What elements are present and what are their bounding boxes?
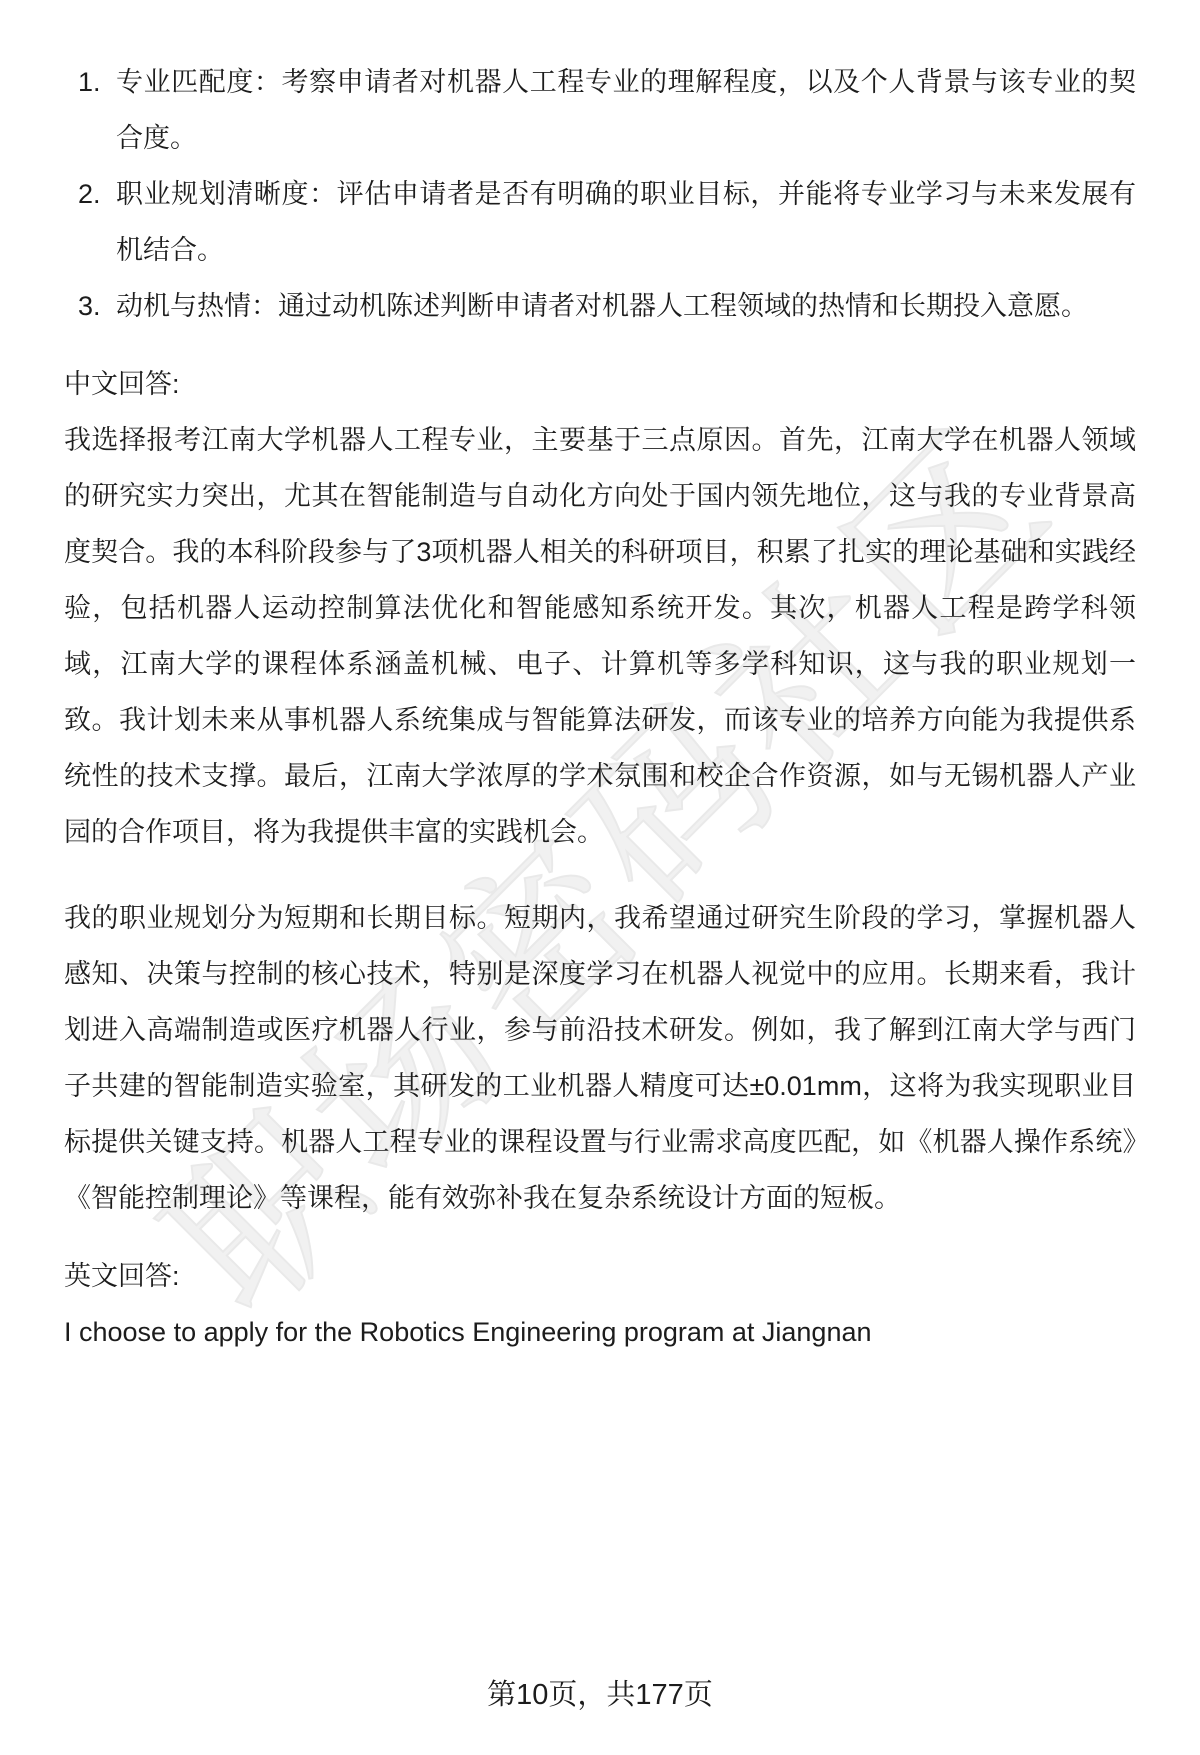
page-footer: 第10页，共177页 bbox=[0, 1672, 1200, 1713]
list-item-text: 职业规划清晰度：评估申请者是否有明确的职业目标，并能将专业学习与未来发展有机结合… bbox=[116, 166, 1136, 278]
page-number-indicator: 第10页，共177页 bbox=[487, 1679, 713, 1711]
chinese-answer-section: 中文回答: 我选择报考江南大学机器人工程专业，主要基于三点原因。首先，江南大学在… bbox=[64, 356, 1136, 1226]
chinese-answer-label: 中文回答: bbox=[64, 356, 1136, 412]
list-item-text: 专业匹配度：考察申请者对机器人工程专业的理解程度，以及个人背景与该专业的契合度。 bbox=[116, 54, 1136, 166]
list-item: 3. 动机与热情：通过动机陈述判断申请者对机器人工程领域的热情和长期投入意愿。 bbox=[78, 278, 1136, 334]
list-item: 1. 专业匹配度：考察申请者对机器人工程专业的理解程度，以及个人背景与该专业的契… bbox=[78, 54, 1136, 166]
list-item-number: 1. bbox=[78, 54, 116, 110]
chinese-answer-paragraph-1: 我选择报考江南大学机器人工程专业，主要基于三点原因。首先，江南大学在机器人领域的… bbox=[64, 412, 1136, 860]
list-item: 2. 职业规划清晰度：评估申请者是否有明确的职业目标，并能将专业学习与未来发展有… bbox=[78, 166, 1136, 278]
list-item-number: 3. bbox=[78, 278, 116, 334]
document-page: 职场密码社区 1. 专业匹配度：考察申请者对机器人工程专业的理解程度，以及个人背… bbox=[0, 0, 1200, 1755]
english-answer-label: 英文回答: bbox=[64, 1248, 1136, 1304]
chinese-answer-paragraph-2: 我的职业规划分为短期和长期目标。短期内，我希望通过研究生阶段的学习，掌握机器人感… bbox=[64, 890, 1136, 1226]
list-item-number: 2. bbox=[78, 166, 116, 222]
list-item-text: 动机与热情：通过动机陈述判断申请者对机器人工程领域的热情和长期投入意愿。 bbox=[116, 278, 1136, 334]
evaluation-criteria-list: 1. 专业匹配度：考察申请者对机器人工程专业的理解程度，以及个人背景与该专业的契… bbox=[78, 54, 1136, 334]
page-content: 1. 专业匹配度：考察申请者对机器人工程专业的理解程度，以及个人背景与该专业的契… bbox=[64, 54, 1136, 1360]
english-answer-section: 英文回答: I choose to apply for the Robotics… bbox=[64, 1248, 1136, 1360]
english-answer-line: I choose to apply for the Robotics Engin… bbox=[64, 1304, 1136, 1360]
